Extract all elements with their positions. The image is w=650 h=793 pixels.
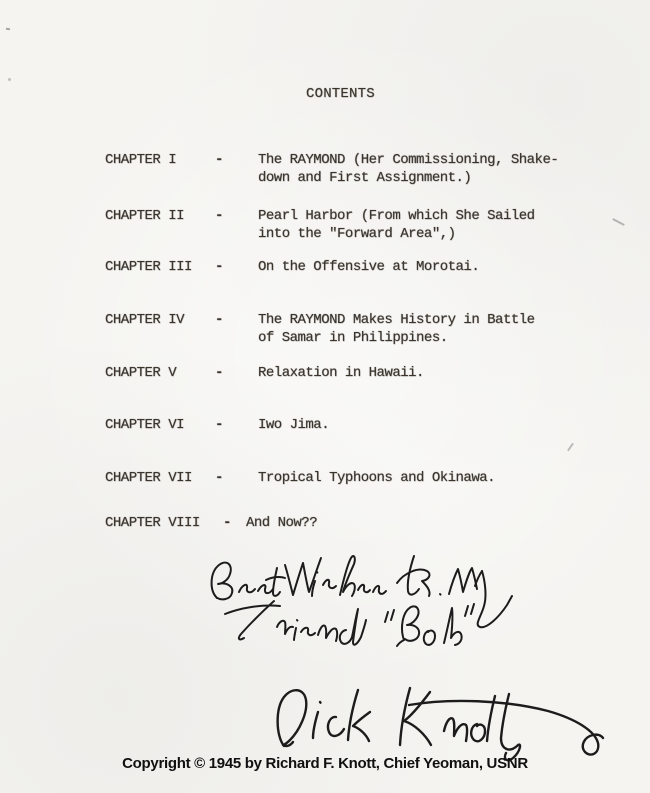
scan-speck xyxy=(6,28,10,31)
signature xyxy=(278,688,603,760)
chapter-label: CHAPTER I xyxy=(105,151,215,169)
chapter-label: CHAPTER III xyxy=(105,258,215,276)
toc-row-chapter-2: CHAPTER II - Pearl Harbor (From which Sh… xyxy=(105,207,588,243)
chapter-label: CHAPTER VI xyxy=(105,416,215,434)
chapter-label: CHAPTER II xyxy=(105,207,215,225)
chapter-description: Tropical Typhoons and Okinawa. xyxy=(258,469,588,487)
dash-separator: - xyxy=(215,364,258,382)
toc-row-chapter-6: CHAPTER VI - Iwo Jima. xyxy=(105,416,588,434)
toc-row-chapter-7: CHAPTER VII - Tropical Typhoons and Okin… xyxy=(105,469,588,487)
chapter-description: The RAYMOND (Her Commissioning, Shake- d… xyxy=(258,151,588,187)
scanned-contents-page: CONTENTS CHAPTER I - The RAYMOND (Her Co… xyxy=(0,0,650,793)
toc-row-chapter-5: CHAPTER V - Relaxation in Hawaii. xyxy=(105,364,588,382)
dash-separator: - xyxy=(215,311,258,329)
scan-speck xyxy=(567,443,574,452)
chapter-label: CHAPTER V xyxy=(105,364,215,382)
dash-separator: - xyxy=(223,514,246,532)
chapter-description: Iwo Jima. xyxy=(258,416,588,434)
toc-row-chapter-4: CHAPTER IV - The RAYMOND Makes History i… xyxy=(105,311,588,347)
page-title: CONTENTS xyxy=(306,86,375,102)
inscription-line-2 xyxy=(225,601,474,646)
dash-separator: - xyxy=(215,416,258,434)
chapter-description: Relaxation in Hawaii. xyxy=(258,364,588,382)
dash-separator: - xyxy=(215,207,258,225)
chapter-label: CHAPTER VIII xyxy=(105,514,223,532)
chapter-description: On the Offensive at Morotai. xyxy=(258,258,588,276)
toc-row-chapter-1: CHAPTER I - The RAYMOND (Her Commissioni… xyxy=(105,151,588,187)
scan-speck xyxy=(612,218,624,226)
dash-separator: - xyxy=(215,151,258,169)
dash-separator: - xyxy=(215,469,258,487)
chapter-label: CHAPTER IV xyxy=(105,311,215,329)
dash-separator: - xyxy=(215,258,258,276)
chapter-label: CHAPTER VII xyxy=(105,469,215,487)
toc-row-chapter-3: CHAPTER III - On the Offensive at Morota… xyxy=(105,258,588,276)
chapter-description: Pearl Harbor (From which She Sailed into… xyxy=(258,207,588,243)
inscription-line-1-text: Best Wishes to My xyxy=(0,0,1,1)
chapter-description: The RAYMOND Makes History in Battle of S… xyxy=(258,311,588,347)
scan-speck xyxy=(8,78,11,81)
copyright-line: Copyright © 1945 by Richard F. Knott, Ch… xyxy=(0,755,650,772)
handwritten-inscription xyxy=(0,0,650,793)
inscription-line-2-text: Friend "Bob" xyxy=(0,0,1,1)
toc-row-chapter-8: CHAPTER VIII - And Now?? xyxy=(105,514,576,532)
inscription-line-1 xyxy=(212,556,512,627)
signature-text: Dick Knott xyxy=(0,0,1,1)
chapter-description: And Now?? xyxy=(246,514,576,532)
